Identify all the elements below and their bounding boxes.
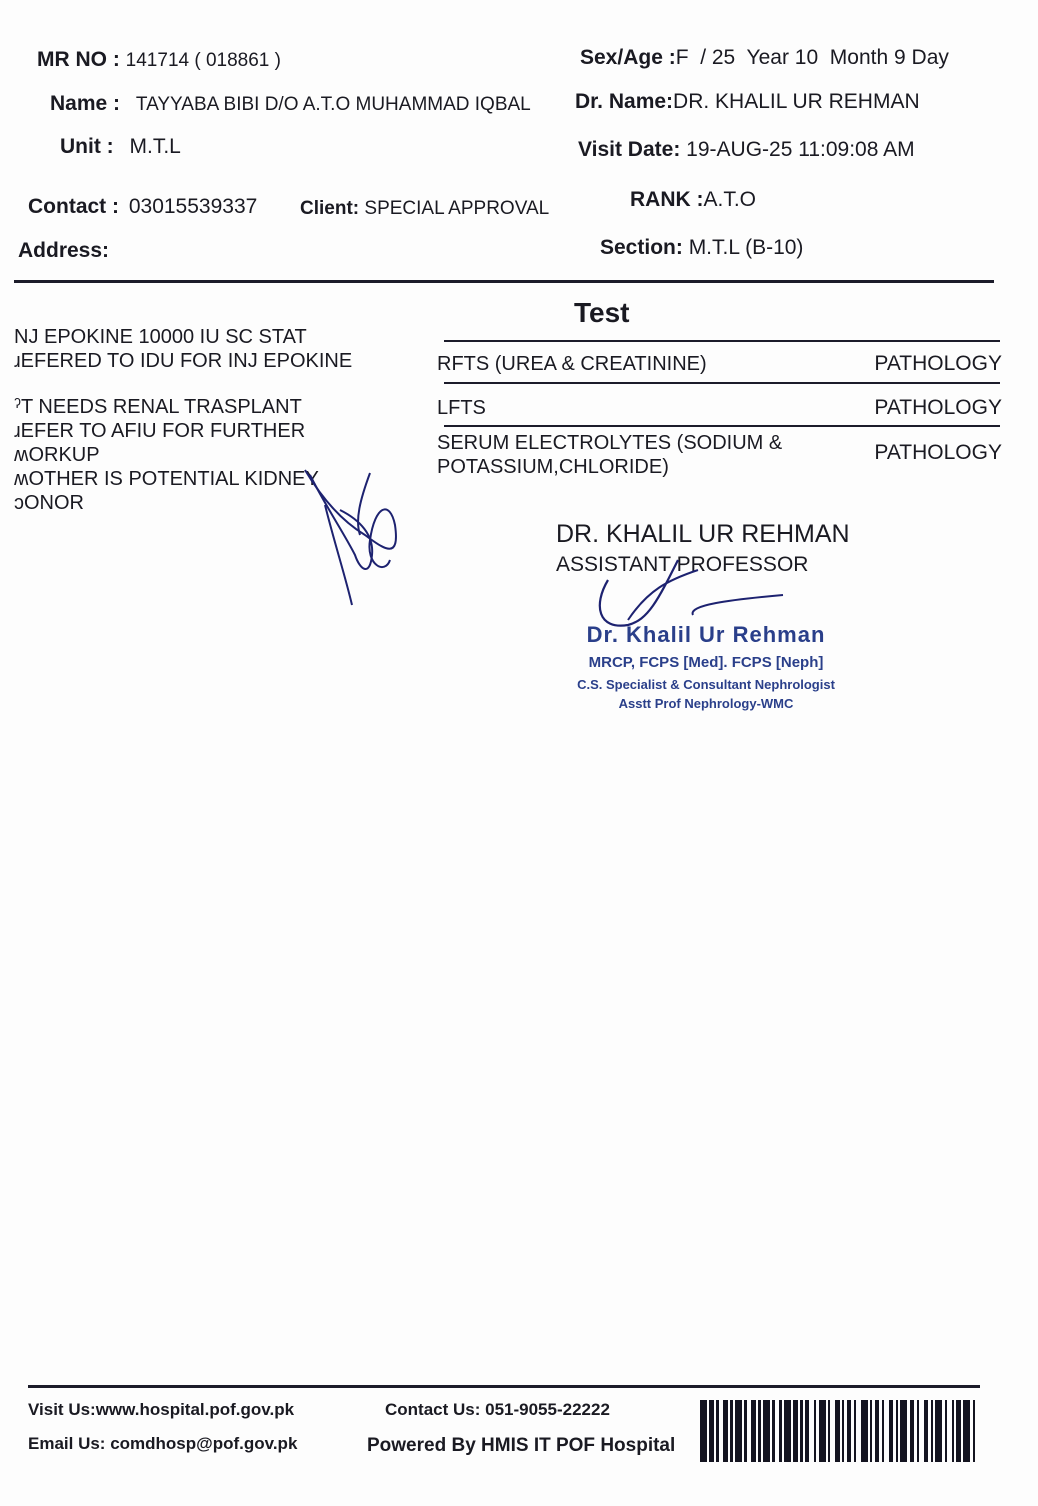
patient-name-field: Name : TAYYABA BIBI D/O A.T.O MUHAMMAD I…: [50, 92, 531, 116]
notes-line: ɹEFERED TO IDU FOR INJ EPOKINE: [14, 349, 352, 373]
doctor-stamp: Dr. Khalil Ur Rehman MRCP, FCPS [Med]. F…: [556, 622, 856, 711]
header-divider: [14, 280, 994, 283]
test-row: SERUM ELECTROLYTES (SODIUM & POTASSIUM,C…: [437, 431, 1002, 481]
test-row: RFTS (UREA & CREATININE) PATHOLOGY: [437, 352, 1002, 378]
notes-line: ˀT NEEDS RENAL TRASPLANT: [14, 395, 352, 419]
contact-label: Contact :: [28, 195, 119, 218]
address-label: Address:: [18, 239, 109, 262]
test-name: RFTS (UREA & CREATININE): [437, 352, 707, 376]
tests-title: Test: [574, 297, 630, 329]
unit-field: Unit : M.T.L: [60, 135, 181, 159]
visit-date-value: 19-AUG-25 11:09:08 AM: [686, 138, 914, 161]
test-name: SERUM ELECTROLYTES (SODIUM & POTASSIUM,C…: [437, 431, 782, 479]
client-label: Client:: [300, 198, 359, 219]
visit-date-label: Visit Date:: [578, 138, 680, 161]
mr-no-label: MR NO :: [37, 48, 120, 71]
section-label: Section:: [600, 236, 683, 259]
test-row: LFTS PATHOLOGY: [437, 396, 1002, 422]
unit-label: Unit :: [60, 135, 114, 158]
tests-divider: [444, 340, 1000, 342]
signature-doctor-name: DR. KHALIL UR REHMAN: [556, 520, 850, 549]
footer-powered-by: Powered By HMIS IT POF Hospital: [367, 1435, 675, 1457]
footer-divider: [28, 1385, 980, 1388]
notes-line: ɹEFER TO AFIU FOR FURTHER: [14, 419, 352, 443]
notes-line: NJ EPOKINE 10000 IU SC STAT: [14, 325, 352, 349]
footer-website[interactable]: Visit Us:www.hospital.pof.gov.pk: [28, 1400, 294, 1420]
test-department: PATHOLOGY: [874, 396, 1002, 420]
section-field: Section: M.T.L (B-10): [600, 236, 803, 260]
notes-line: ʍORKUP: [14, 443, 352, 467]
doctor-name-value: DR. KHALIL UR REHMAN: [673, 90, 920, 113]
rank-value: A.T.O: [704, 188, 757, 211]
mr-no-field: MR NO : 141714 ( 018861 ): [37, 48, 281, 72]
client-value: SPECIAL APPROVAL: [364, 198, 549, 219]
rank-label: RANK :: [630, 188, 704, 211]
unit-value: M.T.L: [130, 135, 181, 158]
barcode: [700, 1400, 980, 1462]
doctor-name-label: Dr. Name:: [575, 90, 673, 113]
rank-field: RANK :A.T.O: [630, 188, 756, 212]
stamp-qualifications: MRCP, FCPS [Med]. FCPS [Neph]: [556, 654, 856, 671]
stamp-name: Dr. Khalil Ur Rehman: [556, 622, 856, 648]
doctor-name-field: Dr. Name:DR. KHALIL UR REHMAN: [575, 90, 920, 114]
test-department: PATHOLOGY: [874, 441, 1002, 465]
contact-value: 03015539337: [129, 195, 257, 218]
address-field: Address:: [18, 239, 109, 263]
section-value: M.T.L (B-10): [689, 236, 804, 259]
stamp-specialty: C.S. Specialist & Consultant Nephrologis…: [556, 677, 856, 692]
sex-age-field: Sex/Age :F / 25 Year 10 Month 9 Day: [580, 46, 949, 70]
patient-name-value: TAYYABA BIBI D/O A.T.O MUHAMMAD IQBAL: [136, 94, 531, 115]
test-department: PATHOLOGY: [874, 352, 1002, 376]
test-row-divider: [444, 425, 1000, 427]
contact-field: Contact : 03015539337: [28, 195, 257, 219]
patient-name-label: Name :: [50, 92, 120, 115]
visit-date-field: Visit Date: 19-AUG-25 11:09:08 AM: [578, 138, 915, 162]
mr-no-value: 141714 ( 018861 ): [126, 50, 281, 71]
footer-contact: Contact Us: 051-9055-22222: [385, 1400, 610, 1420]
stamp-position: Asstt Prof Nephrology-WMC: [556, 696, 856, 711]
client-field: Client: SPECIAL APPROVAL: [300, 198, 549, 220]
test-name: LFTS: [437, 396, 486, 420]
sex-age-label: Sex/Age :: [580, 46, 676, 69]
patient-signature: [300, 465, 410, 615]
test-row-divider: [444, 382, 1000, 384]
sex-age-value: F / 25 Year 10 Month 9 Day: [676, 46, 949, 69]
footer-email[interactable]: Email Us: comdhosp@pof.gov.pk: [28, 1434, 297, 1454]
